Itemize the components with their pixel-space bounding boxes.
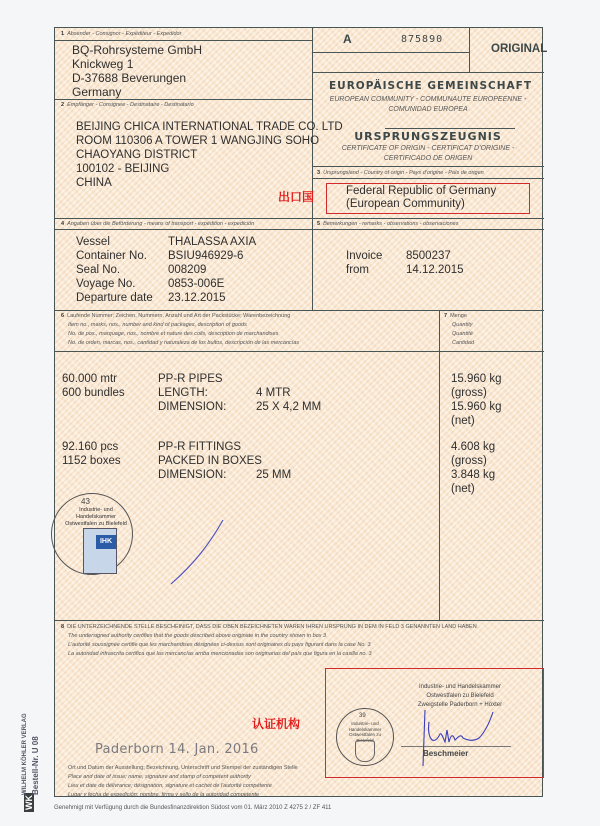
remarks-key: from (346, 264, 369, 278)
transport-key: Seal No. (76, 264, 120, 278)
transport-key: Departure date (76, 292, 153, 306)
goods-weight: (gross) (451, 387, 487, 401)
box3-label: 3Ursprungsland - Country of origin - Pay… (317, 170, 484, 176)
goods-desc: LENGTH: (158, 387, 208, 401)
signature (415, 708, 515, 768)
consignee-name: BEIJING CHICA INTERNATIONAL TRADE CO. LT… (76, 121, 343, 135)
serial-number: 875890 (401, 34, 443, 45)
box7-label-es: Cantidad (452, 340, 474, 346)
eu-title: EUROPÄISCHE GEMEINSCHAFT (317, 80, 544, 92)
box8-text-en: The undersigned authority certifies that… (68, 633, 326, 639)
ihk-logo: IHK (96, 535, 116, 549)
box7-label: 7Menge (444, 313, 467, 319)
box4-label: 4Angaben über die Beförderung - means of… (61, 221, 254, 227)
cert-subtitle-1: CERTIFICATE OF ORIGIN - CERTIFICAT D'ORI… (312, 145, 544, 152)
goods-desc: PP-R PIPES (158, 373, 223, 387)
transport-value: BSIU946929-6 (168, 250, 243, 264)
box7-label-fr: Quantité (452, 331, 473, 337)
round-stamp-number: 39 (359, 713, 366, 719)
invoice-date: 14.12.2015 (406, 264, 464, 278)
ihk-logo-frame: IHK (83, 528, 117, 574)
certificate-title: URSPRUNGSZEUGNIS (312, 130, 544, 143)
goods-desc: DIMENSION: (158, 401, 226, 415)
consignor-city: D-37688 Beverungen (72, 71, 186, 85)
goods-packages: 600 bundles (62, 387, 125, 401)
sig-label-en: Place and date of issue; name, signature… (68, 774, 251, 780)
consignor-street: Knickweg 1 (72, 57, 133, 71)
box7-label-en: Quantity (452, 322, 472, 328)
consignee-city: 100102 - BEIJING (76, 163, 169, 177)
goods-qty: 92.160 pcs (62, 441, 118, 455)
stamp-text: Industrie- und Handelskammer Ostwestfale… (61, 507, 131, 528)
box1-label: 1Absender - Consignor - Expéditeur - Exp… (61, 31, 181, 37)
authority-annotation: 认证机构 (252, 715, 300, 732)
goods-desc: DIMENSION: (158, 469, 226, 483)
cert-subtitle-2: CERTIFICADO DE ORIGEN (312, 155, 544, 162)
consignee-address-1: ROOM 110306 A TOWER 1 WANGJING SOHO (76, 135, 319, 149)
publisher-logo: WK (24, 793, 34, 812)
goods-weight: (net) (451, 483, 475, 497)
country-of-origin-note: (European Community) (346, 198, 465, 212)
goods-weight: 4.608 kg (451, 441, 495, 455)
goods-weight: (gross) (451, 455, 487, 469)
transport-value: 23.12.2015 (168, 292, 226, 306)
publisher-name: WILHELM KÖHLER VERLAG (22, 713, 28, 795)
authority-stamp-text: Industrie- und Handelskammer Ostwestfale… (395, 683, 525, 710)
series-letter: A (343, 32, 352, 46)
certificate-form: 1Absender - Consignor - Expéditeur - Exp… (54, 27, 543, 797)
goods-weight: 15.960 kg (451, 401, 502, 415)
box6-label: 6Laufende Nummer; Zeichen, Nummern, Anza… (61, 313, 290, 319)
country-of-origin: Federal Republic of Germany (346, 185, 496, 199)
eu-subtitle-1: EUROPEAN COMMUNITY - COMMUNAUTE EUROPEEN… (312, 96, 544, 103)
place-date-stamp: Paderborn 14. Jan. 2016 (95, 742, 259, 757)
goods-desc-value: 25 MM (256, 469, 291, 483)
box6-label-es: No. de orden, marcas, nos., cantidad y n… (68, 340, 299, 346)
goods-desc: PACKED IN BOXES (158, 455, 262, 469)
transport-value: 008209 (168, 264, 206, 278)
goods-desc-value: 25 X 4,2 MM (256, 401, 321, 415)
goods-weight: 15.960 kg (451, 373, 502, 387)
transport-key: Container No. (76, 250, 147, 264)
goods-weight: (net) (451, 415, 475, 429)
consignee-address-2: CHAOYANG DISTRICT (76, 149, 197, 163)
box8-heading: 8DIE UNTERZEICHNENDE STELLE BESCHEINIGT,… (61, 624, 477, 630)
box2-label: 2Empfänger - Consignee - Destinataire - … (61, 102, 194, 108)
box8-text-es: La autoridad infrascrita certifica que l… (68, 651, 372, 657)
export-country-annotation: 出口国 (278, 188, 314, 205)
pen-stroke (165, 518, 225, 588)
sig-label-fr: Lieu et date de délivrance; désignation,… (68, 783, 272, 789)
approval-footer: Genehmigt mit Verfügung durch die Bundes… (54, 805, 331, 811)
box5-label: 5Bemerkungen - remarks - observations - … (317, 221, 458, 227)
remarks-key: Invoice (346, 250, 382, 264)
transport-value: 0853-006E (168, 278, 224, 292)
goods-desc: PP-R FITTINGS (158, 441, 241, 455)
goods-packages: 1152 boxes (62, 455, 121, 469)
sig-label-es: Lugar y fecha de expedición; nombre, fir… (68, 792, 259, 798)
stamp-number: 43 (81, 497, 90, 506)
box6-label-en: Item no., marks, nos., number and kind o… (68, 322, 247, 328)
invoice-number: 8500237 (406, 250, 451, 264)
order-number: Bestell-Nr. U 08 (31, 736, 40, 795)
box8-text-fr: L'autorité soussignée certifie que les m… (68, 642, 371, 648)
goods-desc-value: 4 MTR (256, 387, 291, 401)
transport-key: Vessel (76, 236, 110, 250)
coat-of-arms-icon (355, 740, 375, 762)
authority-line: Ostwestfalen zu Bielefeld (395, 692, 525, 701)
sig-label-de: Ort und Datum der Ausstellung; Bezeichnu… (68, 765, 298, 771)
goods-weight: 3.848 kg (451, 469, 495, 483)
authority-line: Industrie- und Handelskammer (395, 683, 525, 692)
original-label: ORIGINAL (491, 43, 547, 55)
consignor-country: Germany (72, 85, 121, 99)
goods-qty: 60.000 mtr (62, 373, 117, 387)
consignee-country: CHINA (76, 177, 112, 191)
transport-value: THALASSA AXIA (168, 236, 256, 250)
box6-label-fr: No. de pos., marquage, nos., nombre et n… (68, 331, 278, 337)
eu-subtitle-2: COMUNIDAD EUROPEA (312, 106, 544, 113)
consignor-name: BQ-Rohrsysteme GmbH (72, 43, 202, 57)
transport-key: Voyage No. (76, 278, 135, 292)
